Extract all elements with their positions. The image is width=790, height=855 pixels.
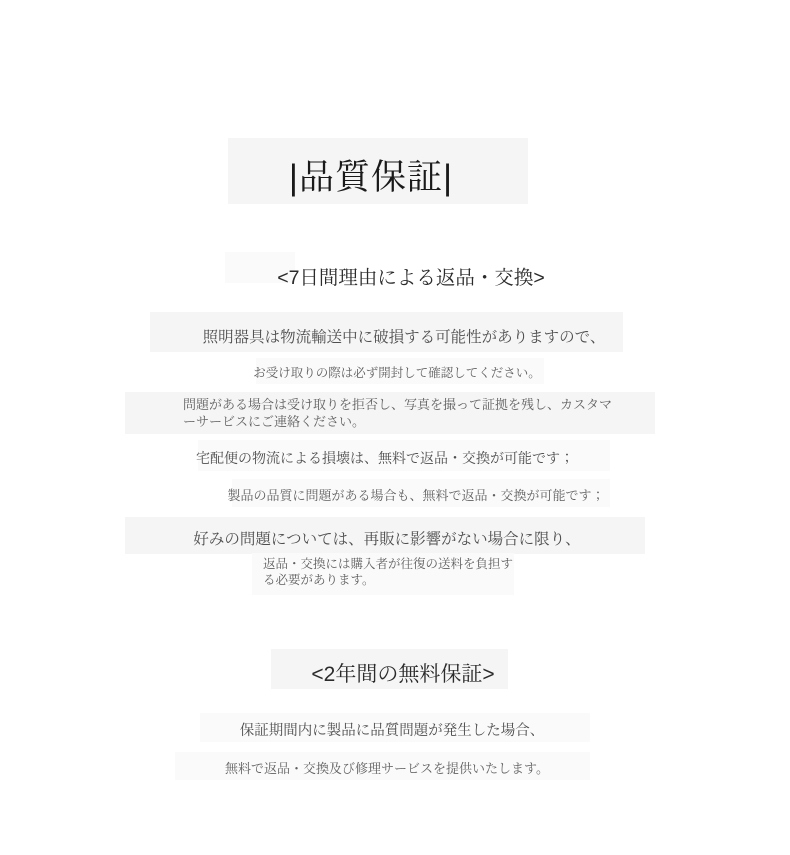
shipping-cost-line-1: 返品・交換には購入者が往復の送料を負担す — [263, 557, 513, 573]
shipping-cost-line-2: る必要があります。 — [263, 573, 513, 589]
line-preference-limit: 好みの問題については、再販に影響がない場合に限り、 — [193, 527, 580, 549]
warranty-section-heading: <2年間の無料保証> — [311, 658, 494, 688]
paragraph-shipping-cost: 返品・交換には購入者が往復の送料を負担す る必要があります。 — [263, 557, 513, 588]
line-free-service: 無料で返品・交換及び修理サービスを提供いたします。 — [225, 758, 549, 777]
page-title: |品質保証| — [289, 150, 453, 200]
return-section-heading: <7日間理由による返品・交換> — [277, 262, 545, 290]
refuse-line-2: ーサービスにご連絡ください。 — [183, 414, 612, 431]
line-damage-notice: 照明器具は物流輸送中に破損する可能性がありますので、 — [203, 325, 606, 347]
line-open-check: お受け取りの際は必ず開封して確認してください。 — [253, 363, 541, 381]
line-issue-case: 保証期間内に製品に品質問題が発生した場合、 — [240, 719, 545, 740]
paragraph-refuse-instructions: 問題がある場合は受け取りを拒否し、写真を撮って証拠を残し、カスタマ ーサービスに… — [183, 397, 612, 430]
quality-guarantee-page: |品質保証| <7日間理由による返品・交換> 照明器具は物流輸送中に破損する可能… — [0, 0, 790, 855]
line-quality-issue: 製品の品質に問題がある場合も、無料で返品・交換が可能です； — [227, 485, 604, 504]
line-courier-damage: 宅配便の物流による損壊は、無料で返品・交換が可能です； — [196, 448, 574, 468]
refuse-line-1: 問題がある場合は受け取りを拒否し、写真を撮って証拠を残し、カスタマ — [183, 397, 612, 414]
